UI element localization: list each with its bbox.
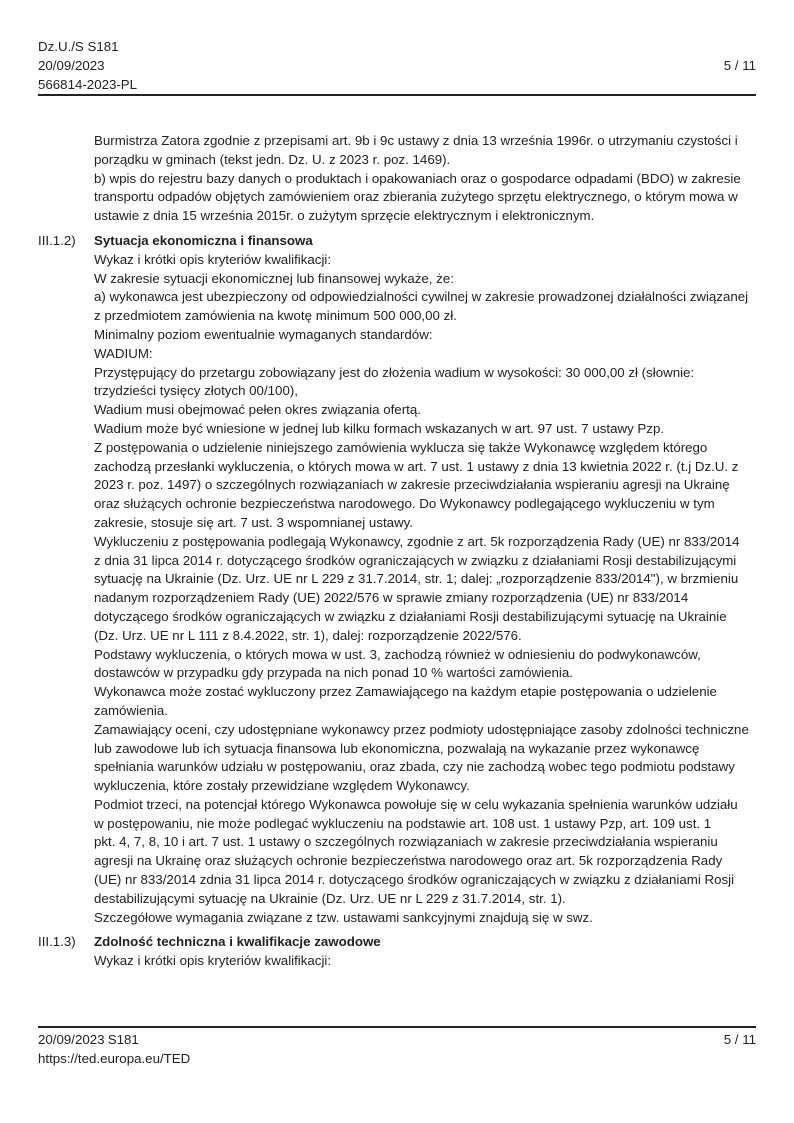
text-line: 2023 r. poz. 1497) o szczególnych rozwią… — [94, 476, 756, 495]
text-line: b) wpis do rejestru bazy danych o produk… — [94, 170, 756, 189]
text-line: transportu odpadów objętych zamówieniem … — [94, 188, 756, 207]
document-body: Burmistrza Zatora zgodnie z przepisami a… — [38, 132, 756, 971]
text-line: Wykaz i krótki opis kryteriów kwalifikac… — [94, 952, 756, 971]
header-date: 20/09/2023 — [38, 57, 756, 76]
header-notice-id: 566814-2023-PL — [38, 76, 756, 95]
text-line: (UE) nr 833/2014 zdnia 31 lipca 2014 r. … — [94, 871, 756, 890]
text-line: Wykluczeniu z postępowania podlegają Wyk… — [94, 533, 756, 552]
header-divider — [38, 94, 756, 96]
section-technical-capacity: III.1.3) Zdolność techniczna i kwalifika… — [38, 933, 756, 971]
text-line: trzydzieści tysięcy złotych 00/100), — [94, 382, 756, 401]
text-line: zachodzą przesłanki wykluczenia, o który… — [94, 458, 756, 477]
text-line: (Dz. Urz. UE nr L 111 z 8.4.2022, str. 1… — [94, 627, 756, 646]
text-line: Minimalny poziom ewentualnie wymaganych … — [94, 326, 756, 345]
text-line: pkt. 4, 7, 8, 10 i art. 7 ust. 1 ustawy … — [94, 833, 756, 852]
text-line: w postępowaniu, nie może podlegać wykluc… — [94, 815, 756, 834]
text-line: z dnia 31 lipca 2014 r. dotyczącego środ… — [94, 552, 756, 571]
text-line: a) wykonawca jest ubezpieczony od odpowi… — [94, 288, 756, 307]
text-line: W zakresie sytuacji ekonomicznej lub fin… — [94, 270, 756, 289]
intro-paragraph: Burmistrza Zatora zgodnie z przepisami a… — [38, 132, 756, 226]
text-line: dotyczącego środków ograniczających w zw… — [94, 608, 756, 627]
text-line: zakresie, stosuje się art. 7 ust. 3 wspo… — [94, 514, 756, 533]
text-line: ustawie z dnia 15 września 2015r. o zuży… — [94, 207, 756, 226]
section-number: III.1.3) — [38, 933, 94, 952]
text-line: spełniania warunków udziału w postępowan… — [94, 758, 756, 777]
text-line: zamówienia. — [94, 702, 756, 721]
page-footer: 20/09/2023 S181 https://ted.europa.eu/TE… — [38, 1031, 756, 1069]
section-title: Sytuacja ekonomiczna i finansowa — [94, 232, 756, 251]
footer-divider — [38, 1026, 756, 1028]
text-line: Szczegółowe wymagania związane z tzw. us… — [94, 909, 756, 928]
text-line: oraz służących ochronie bezpieczeństwa n… — [94, 495, 756, 514]
section-number: III.1.2) — [38, 232, 94, 251]
text-line: nadanym rozporządzeniem Rady (UE) 2022/5… — [94, 589, 756, 608]
text-line: wykluczenia, które zostały przewidziane … — [94, 777, 756, 796]
page-header: Dz.U./S S181 20/09/2023 566814-2023-PL 5… — [38, 38, 756, 94]
text-line: Wadium musi obejmować pełen okres związa… — [94, 401, 756, 420]
footer-page-number: 5 / 11 — [724, 1031, 756, 1050]
section-title: Zdolność techniczna i kwalifikacje zawod… — [94, 933, 756, 952]
footer-journal: S181 — [108, 1032, 139, 1047]
section-body: Wykaz i krótki opis kryteriów kwalifikac… — [94, 251, 756, 928]
text-line: lub zawodowe lub ich sytuacja finansowa … — [94, 740, 756, 759]
text-line: Wykonawca może zostać wykluczony przez Z… — [94, 683, 756, 702]
text-line: Wykaz i krótki opis kryteriów kwalifikac… — [94, 251, 756, 270]
header-page-number: 5 / 11 — [724, 57, 756, 76]
text-line: Wadium może być wniesione w jednej lub k… — [94, 420, 756, 439]
text-line: dostawców w przypadku gdy przypada na ni… — [94, 664, 756, 683]
footer-date: 20/09/2023 — [38, 1031, 104, 1050]
text-line: z przedmiotem zamówienia na kwotę minimu… — [94, 307, 756, 326]
text-line: Z postępowania o udzielenie niniejszego … — [94, 439, 756, 458]
section-body: Wykaz i krótki opis kryteriów kwalifikac… — [94, 952, 756, 971]
section-economic-financial: III.1.2) Sytuacja ekonomiczna i finansow… — [38, 232, 756, 927]
text-line: porządku w gminach (tekst jedn. Dz. U. z… — [94, 151, 756, 170]
header-journal: Dz.U./S S181 — [38, 38, 756, 57]
text-line: Podmiot trzeci, na potencjał którego Wyk… — [94, 796, 756, 815]
text-line: agresji na Ukrainę oraz służących ochron… — [94, 852, 756, 871]
footer-url[interactable]: https://ted.europa.eu/TED — [38, 1050, 756, 1069]
text-line: Przystępujący do przetargu zobowiązany j… — [94, 364, 756, 383]
text-line: sytuację na Ukrainie (Dz. Urz. UE nr L 2… — [94, 570, 756, 589]
text-line: Burmistrza Zatora zgodnie z przepisami a… — [94, 132, 756, 151]
text-line: Podstawy wykluczenia, o których mowa w u… — [94, 646, 756, 665]
text-line: Zamawiający oceni, czy udostępniane wyko… — [94, 721, 756, 740]
text-line: WADIUM: — [94, 345, 756, 364]
text-line: destabilizującymi sytuację na Ukrainie (… — [94, 890, 756, 909]
